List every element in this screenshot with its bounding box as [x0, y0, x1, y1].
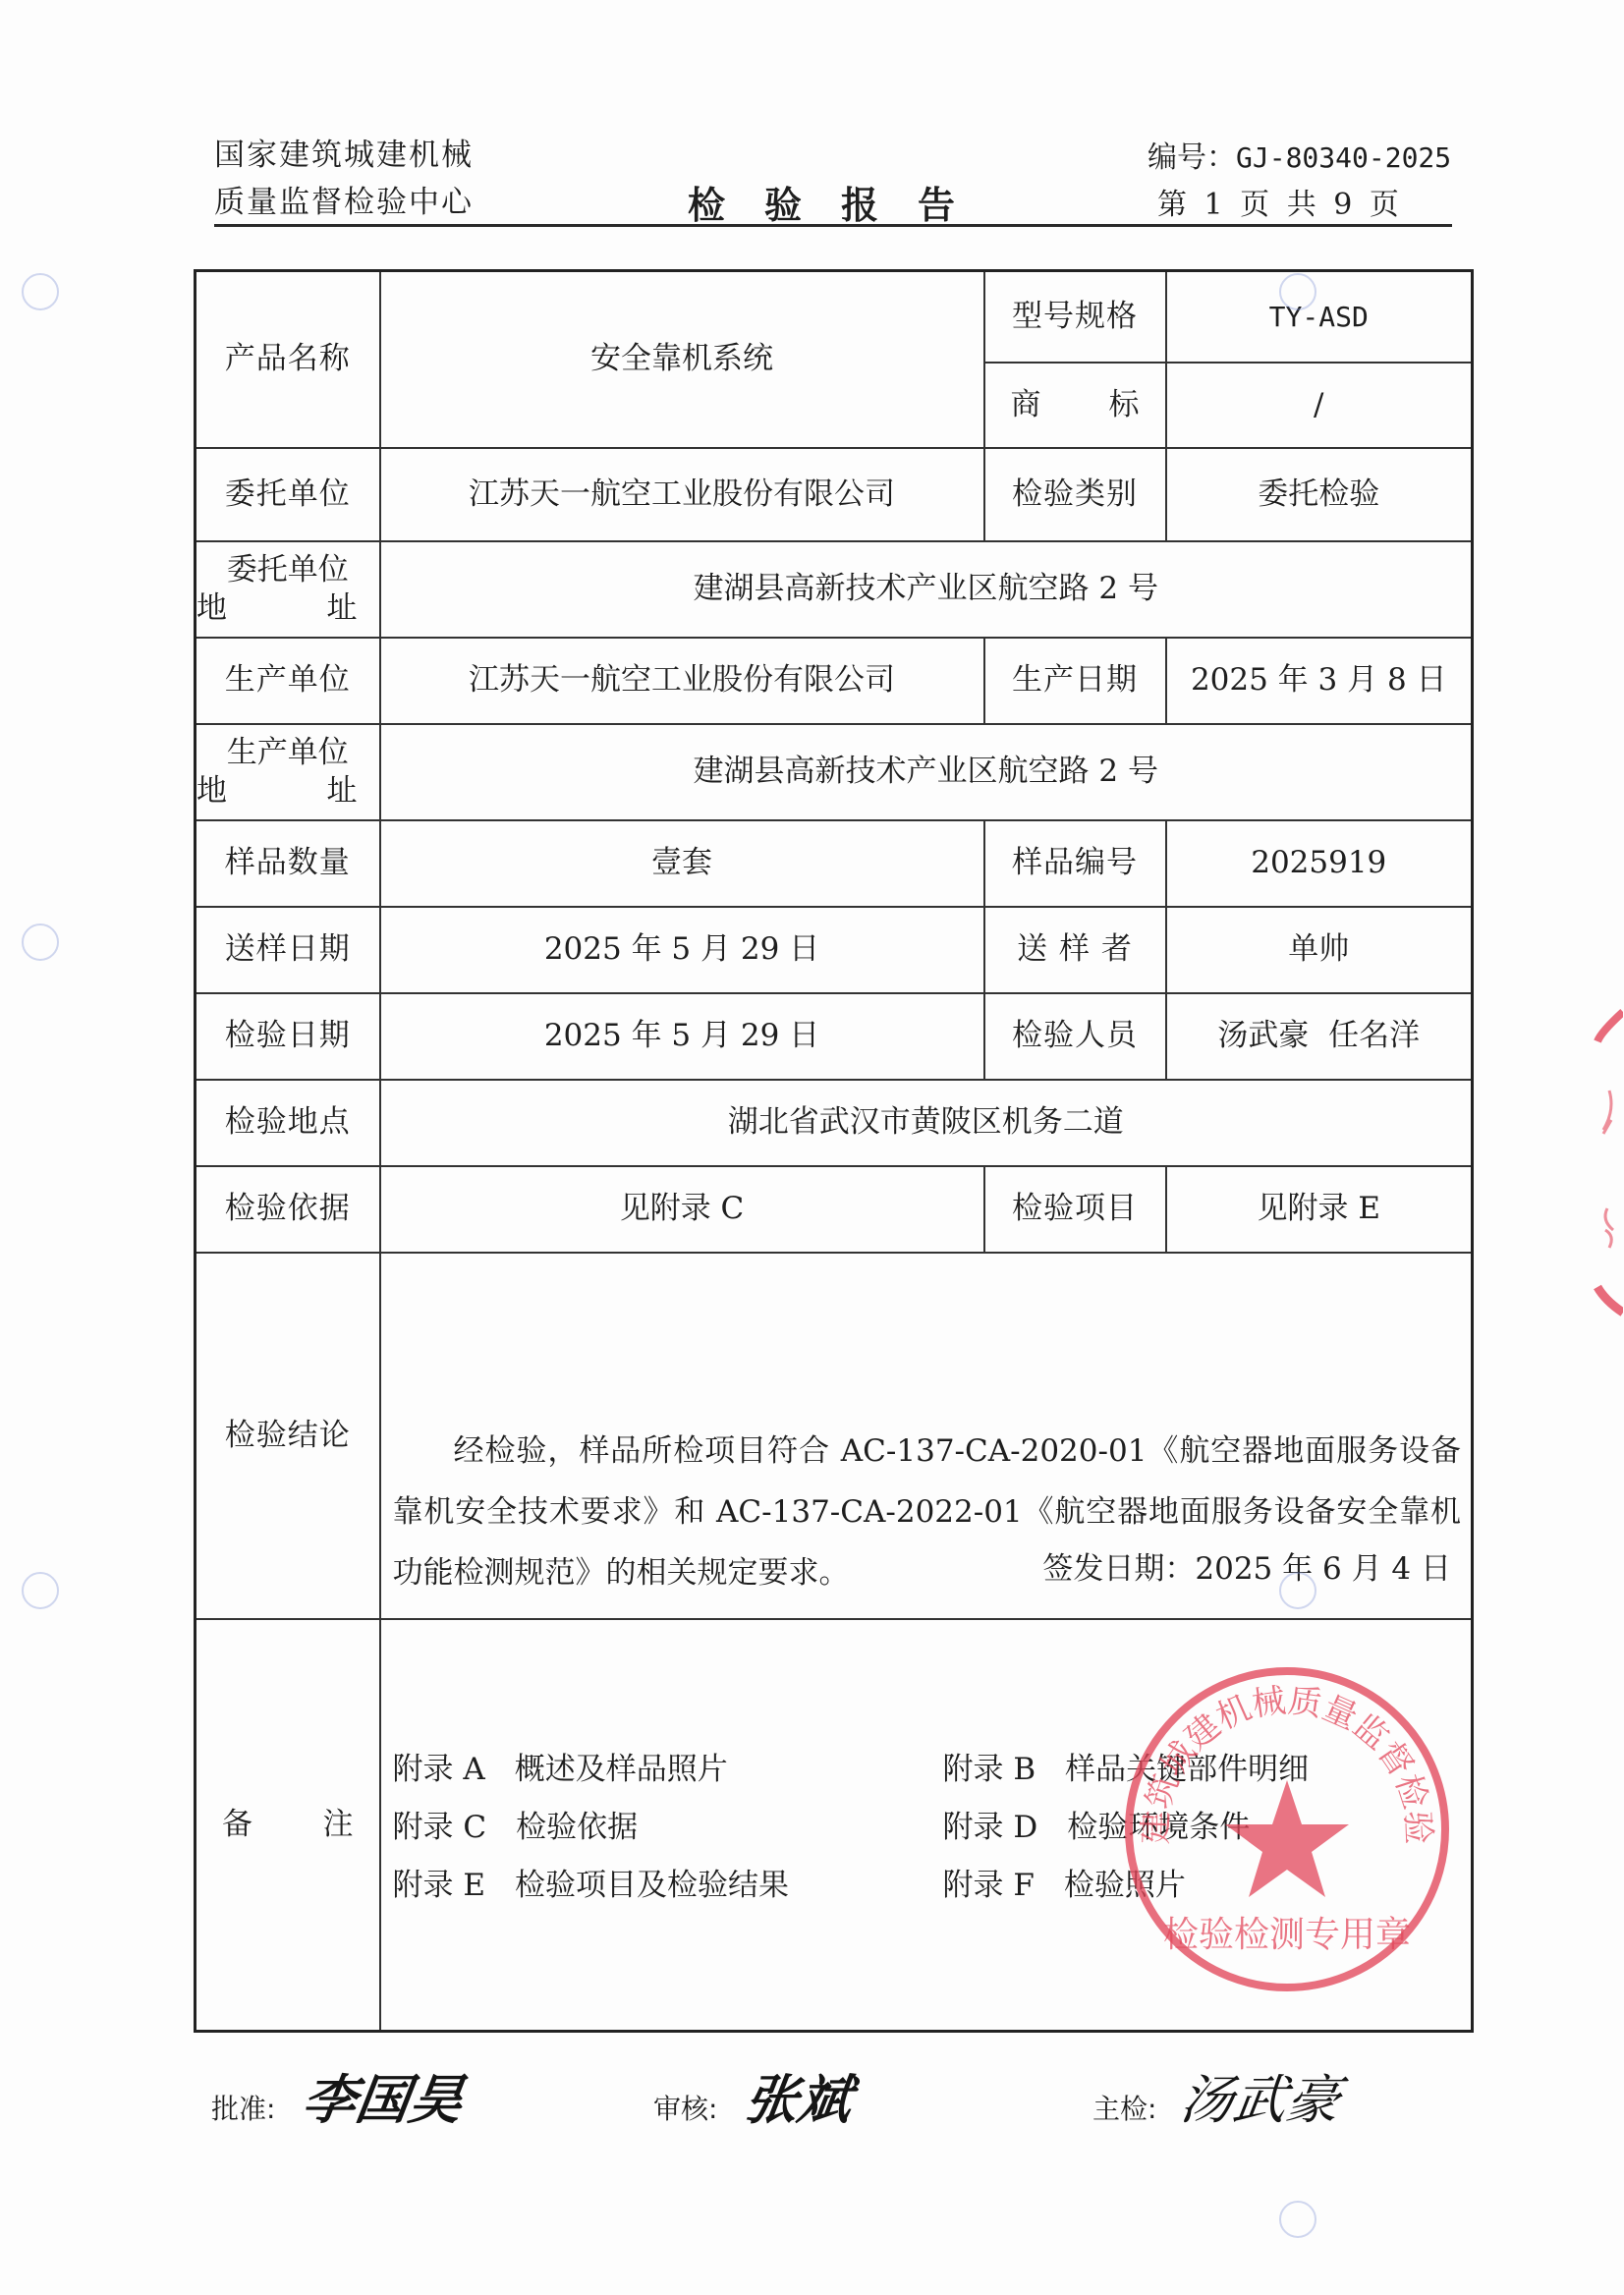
report-title: 检验报告 [688, 175, 994, 229]
conclusion-label: 检验结论 [196, 1253, 380, 1619]
inspectors-value: 汤武豪 任名洋 [1166, 993, 1473, 1080]
client-value: 江苏天一航空工业股份有限公司 [380, 448, 984, 541]
client-label: 委托单位 [196, 448, 380, 541]
client-address-label: 委托单位 地址 [196, 541, 380, 638]
basis-label: 检验依据 [196, 1166, 380, 1253]
chief-signature-block: 主检: 汤武豪 [1092, 2058, 1340, 2134]
row-manufacturer: 生产单位 江苏天一航空工业股份有限公司 生产日期 2025 年 3 月 8 日 [196, 638, 1473, 724]
manufacturer-address-value: 建湖县高新技术产业区航空路 2 号 [380, 724, 1473, 820]
org-name-line1: 国家建筑城建机械 [214, 130, 474, 174]
appendix-item: 附录 F检验照片 [943, 1867, 1460, 1905]
product-name-label: 产品名称 [196, 271, 380, 448]
appendix-key: 附录 E [393, 1867, 485, 1905]
deliverer-value: 单帅 [1166, 907, 1473, 993]
row-client: 委托单位 江苏天一航空工业股份有限公司 检验类别 委托检验 [196, 448, 1473, 541]
report-number: 编号：GJ-80340-2025 [1148, 133, 1451, 176]
watermark-logo-icon [1279, 1572, 1316, 1609]
report-table: 产品名称 安全靠机系统 型号规格 TY-ASD 商标 / 委托单位 江苏天一航空… [194, 269, 1474, 2033]
appendix-key: 附录 B [943, 1751, 1036, 1789]
trademark-label-a: 商 [1011, 386, 1041, 424]
sample-no-label: 样品编号 [984, 820, 1166, 907]
appendix-text: 检验照片 [1064, 1867, 1186, 1905]
appendix-text: 样品关键部件明细 [1065, 1751, 1309, 1789]
appendix-item: 附录 E检验项目及检验结果 [393, 1867, 943, 1905]
manufacturer-label: 生产单位 [196, 638, 380, 724]
trademark-label-b: 标 [1109, 386, 1140, 424]
appendix-key: 附录 A [393, 1751, 485, 1789]
trademark-label: 商标 [984, 363, 1166, 448]
issue-date: 签发日期：2025 年 6 月 4 日 [1042, 1550, 1451, 1589]
appendix-text: 检验项目及检验结果 [515, 1867, 789, 1905]
sample-no-value: 2025919 [1166, 820, 1473, 907]
appendix-item: 附录 A概述及样品照片 [393, 1751, 943, 1789]
manufacturer-address-label: 生产单位 地址 [196, 724, 380, 820]
appendix-text: 概述及样品照片 [515, 1751, 728, 1789]
production-date-value: 2025 年 3 月 8 日 [1166, 638, 1473, 724]
row-client-address: 委托单位 地址 建湖县高新技术产业区航空路 2 号 [196, 541, 1473, 638]
trademark-value: / [1166, 363, 1473, 448]
appendix-key: 附录 D [943, 1809, 1038, 1847]
watermark-logo-icon [1279, 2201, 1316, 2238]
items-value: 见附录 E [1166, 1166, 1473, 1253]
items-label: 检验项目 [984, 1166, 1166, 1253]
deliverer-label: 送 样 者 [984, 907, 1166, 993]
watermark-logo-icon [22, 924, 59, 961]
watermark-logo-icon [22, 273, 59, 310]
manufacturer-address-label-line1: 生产单位 [196, 734, 379, 772]
appendix-item: 附录 C检验依据 [393, 1809, 943, 1847]
row-conclusion: 检验结论 经检验，样品所检项目符合 AC-137-CA-2020-01《航空器地… [196, 1253, 1473, 1619]
conclusion-cell: 经检验，样品所检项目符合 AC-137-CA-2020-01《航空器地面服务设备… [380, 1253, 1473, 1619]
remarks-label-a: 备 [222, 1806, 252, 1844]
sample-qty-label: 样品数量 [196, 820, 380, 907]
client-address-label-zhi: 址 [327, 589, 358, 628]
row-basis: 检验依据 见附录 C 检验项目 见附录 E [196, 1166, 1473, 1253]
delivery-date-value: 2025 年 5 月 29 日 [380, 907, 984, 993]
approve-signature: 李国昊 [299, 2058, 469, 2134]
remarks-label-b: 注 [323, 1806, 354, 1844]
production-date-label: 生产日期 [984, 638, 1166, 724]
appendix-item: 附录 B样品关键部件明细 [943, 1751, 1460, 1789]
client-address-label-line1: 委托单位 [196, 551, 379, 589]
review-signature: 张斌 [741, 2058, 858, 2134]
remarks-label: 备注 [196, 1619, 380, 2032]
row-sample: 样品数量 壹套 样品编号 2025919 [196, 820, 1473, 907]
row-delivery: 送样日期 2025 年 5 月 29 日 送 样 者 单帅 [196, 907, 1473, 993]
model-label: 型号规格 [984, 271, 1166, 363]
manufacturer-address-label-zhi: 址 [327, 772, 358, 811]
manufacturer-address-label-di: 地 [196, 772, 227, 811]
row-remarks: 备注 附录 A概述及样品照片 附录 B样品关键部件明细 附录 C检验依据 附录 … [196, 1619, 1473, 2032]
watermark-logo-icon [22, 1572, 59, 1609]
product-name-value: 安全靠机系统 [380, 271, 984, 448]
header-rule [214, 224, 1452, 227]
inspection-date-value: 2025 年 5 月 29 日 [380, 993, 984, 1080]
chief-signature: 汤武豪 [1176, 2058, 1346, 2134]
approve-label: 批准: [211, 2093, 275, 2125]
remarks-cell: 附录 A概述及样品照片 附录 B样品关键部件明细 附录 C检验依据 附录 D检验… [380, 1619, 1473, 2032]
sample-qty-value: 壹套 [380, 820, 984, 907]
inspection-date-label: 检验日期 [196, 993, 380, 1080]
model-value: TY-ASD [1166, 271, 1473, 363]
row-manufacturer-address: 生产单位 地址 建湖县高新技术产业区航空路 2 号 [196, 724, 1473, 820]
location-label: 检验地点 [196, 1080, 380, 1166]
review-label: 审核: [653, 2093, 717, 2125]
appendix-text: 检验环境条件 [1067, 1809, 1250, 1847]
chief-label: 主检: [1092, 2093, 1156, 2125]
location-value: 湖北省武汉市黄陂区机务二道 [380, 1080, 1473, 1166]
inspection-type-label: 检验类别 [984, 448, 1166, 541]
org-name-line2: 质量监督检验中心 [214, 177, 474, 221]
inspection-type-value: 委托检验 [1166, 448, 1473, 541]
report-number-value: GJ-80340-2025 [1236, 141, 1451, 174]
appendix-text: 检验依据 [516, 1809, 638, 1847]
report-number-label: 编号： [1148, 140, 1236, 175]
watermark-logo-icon [1279, 273, 1316, 310]
review-signature-block: 审核: 张斌 [653, 2058, 852, 2134]
client-address-label-di: 地 [196, 589, 227, 628]
approve-signature-block: 批准: 李国昊 [211, 2058, 463, 2134]
row-inspection-date: 检验日期 2025 年 5 月 29 日 检验人员 汤武豪 任名洋 [196, 993, 1473, 1080]
row-location: 检验地点 湖北省武汉市黄陂区机务二道 [196, 1080, 1473, 1166]
client-address-value: 建湖县高新技术产业区航空路 2 号 [380, 541, 1473, 638]
appendix-key: 附录 F [943, 1867, 1035, 1905]
manufacturer-value: 江苏天一航空工业股份有限公司 [380, 638, 984, 724]
edge-seal-fragment-icon [1584, 1002, 1623, 1316]
appendix-list: 附录 A概述及样品照片 附录 B样品关键部件明细 附录 C检验依据 附录 D检验… [393, 1751, 1460, 1904]
appendix-key: 附录 C [393, 1809, 487, 1847]
appendix-item: 附录 D检验环境条件 [943, 1809, 1460, 1847]
inspectors-label: 检验人员 [984, 993, 1166, 1080]
basis-value: 见附录 C [380, 1166, 984, 1253]
delivery-date-label: 送样日期 [196, 907, 380, 993]
page-info: 第 1 页 共 9 页 [1157, 180, 1399, 223]
